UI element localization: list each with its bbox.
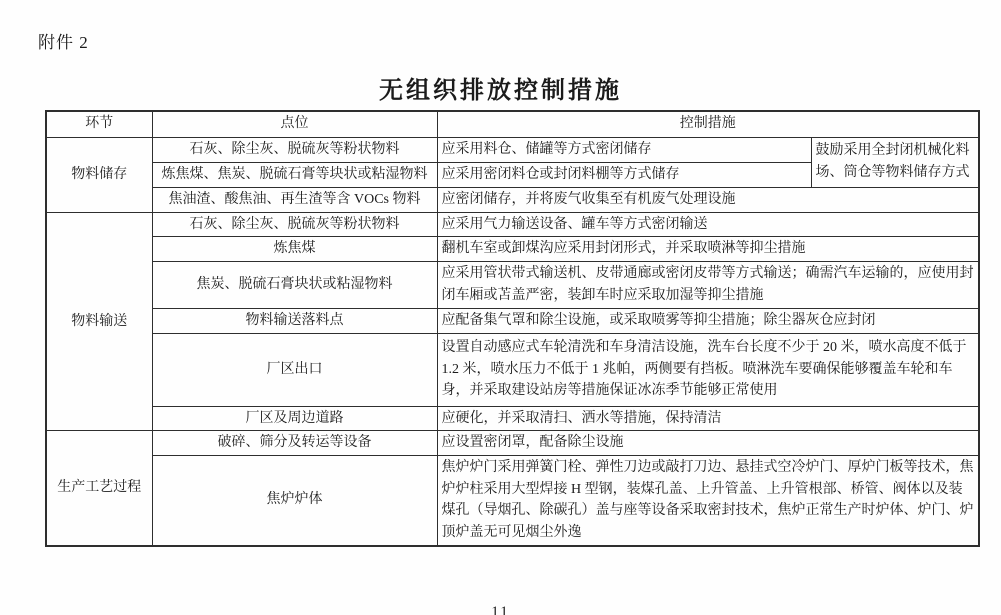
point-cell: 石灰、除尘灰、脱硫灰等粉状物料 — [152, 212, 437, 237]
table-row: 物料储存 石灰、除尘灰、脱硫灰等粉状物料 应采用料仓、储罐等方式密闭储存 鼓励采… — [46, 137, 979, 162]
point-cell: 破碎、筛分及转运等设备 — [152, 431, 437, 456]
table-row: 焦炉炉体 焦炉炉门采用弹簧门栓、弹性刀边或敲打刀边、悬挂式空冷炉门、厚炉门板等技… — [46, 455, 979, 545]
measure-cell: 应采用管状带式输送机、皮带通廊或密闭皮带等方式输送；确需汽车运输的，应使用封闭车… — [437, 261, 979, 308]
scanned-document-page: 附件 2 无组织排放控制措施 环节 点位 控制措施 物料储存 石灰、除尘灰、脱硫… — [0, 0, 1001, 615]
measure-cell: 设置自动感应式车轮清洗和车身清洁设施，洗车台长度不少于 20 米，喷水高度不低于… — [437, 333, 979, 406]
measure-cell: 应采用料仓、储罐等方式密闭储存 — [437, 137, 811, 162]
table-row: 厂区出口 设置自动感应式车轮清洗和车身清洁设施，洗车台长度不少于 20 米，喷水… — [46, 333, 979, 406]
point-cell: 焦炉炉体 — [152, 455, 437, 545]
table-row: 物料输送 石灰、除尘灰、脱硫灰等粉状物料 应采用气力输送设备、罐车等方式密闭输送 — [46, 212, 979, 237]
stage-cell-transport: 物料输送 — [46, 212, 152, 431]
table-row: 生产工艺过程 破碎、筛分及转运等设备 应设置密闭罩，配备除尘设施 — [46, 431, 979, 456]
control-measures-table: 环节 点位 控制措施 物料储存 石灰、除尘灰、脱硫灰等粉状物料 应采用料仓、储罐… — [45, 110, 980, 547]
attachment-label: 附件 2 — [38, 28, 89, 53]
point-cell: 焦炭、脱硫石膏块状或粘湿物料 — [152, 261, 437, 308]
point-cell: 炼焦煤、焦炭、脱硫石膏等块状或粘湿物料 — [152, 162, 437, 187]
point-cell: 石灰、除尘灰、脱硫灰等粉状物料 — [152, 137, 437, 162]
table-row: 焦炭、脱硫石膏块状或粘湿物料 应采用管状带式输送机、皮带通廊或密闭皮带等方式输送… — [46, 261, 979, 308]
table-row: 焦油渣、酸焦油、再生渣等含 VOCs 物料 应密闭储存，并将废气收集至有机废气处… — [46, 187, 979, 212]
point-cell: 焦油渣、酸焦油、再生渣等含 VOCs 物料 — [152, 187, 437, 212]
table-row: 炼焦煤 翻机车室或卸煤沟应采用封闭形式，并采取喷淋等抑尘措施 — [46, 237, 979, 262]
table-row: 物料输送落料点 应配备集气罩和除尘设施，或采取喷雾等抑尘措施；除尘器灰仓应封闭 — [46, 308, 979, 333]
header-cell-stage: 环节 — [46, 111, 152, 137]
header-cell-measure: 控制措施 — [437, 111, 979, 137]
side-note-cell: 鼓励采用全封闭机械化料场、筒仓等物料储存方式 — [811, 137, 979, 187]
stage-cell-storage: 物料储存 — [46, 137, 152, 212]
point-cell: 炼焦煤 — [152, 237, 437, 262]
point-cell: 物料输送落料点 — [152, 308, 437, 333]
measure-cell: 应密闭储存，并将废气收集至有机废气处理设施 — [437, 187, 979, 212]
table-header-row: 环节 点位 控制措施 — [46, 111, 979, 137]
measure-cell: 应采用密闭料仓或封闭料棚等方式储存 — [437, 162, 811, 187]
page-title: 无组织排放控制措施 — [0, 70, 1001, 105]
point-cell: 厂区及周边道路 — [152, 406, 437, 431]
table-row: 厂区及周边道路 应硬化，并采取清扫、洒水等措施，保持清洁 — [46, 406, 979, 431]
measure-cell: 焦炉炉门采用弹簧门栓、弹性刀边或敲打刀边、悬挂式空冷炉门、厚炉门板等技术，焦炉炉… — [437, 455, 979, 545]
measure-cell: 翻机车室或卸煤沟应采用封闭形式，并采取喷淋等抑尘措施 — [437, 237, 979, 262]
header-cell-point: 点位 — [152, 111, 437, 137]
page-number: 11 — [0, 604, 1001, 615]
point-cell: 厂区出口 — [152, 333, 437, 406]
measure-cell: 应采用气力输送设备、罐车等方式密闭输送 — [437, 212, 979, 237]
measure-cell: 应设置密闭罩，配备除尘设施 — [437, 431, 979, 456]
stage-cell-process: 生产工艺过程 — [46, 431, 152, 546]
measure-cell: 应硬化，并采取清扫、洒水等措施，保持清洁 — [437, 406, 979, 431]
measure-cell: 应配备集气罩和除尘设施，或采取喷雾等抑尘措施；除尘器灰仓应封闭 — [437, 308, 979, 333]
